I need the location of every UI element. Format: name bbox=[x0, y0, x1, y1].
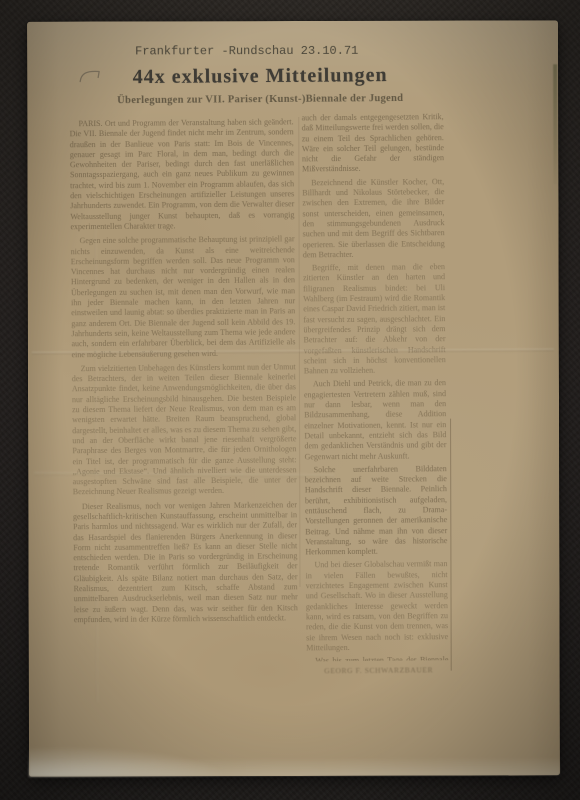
paper-edge-right bbox=[553, 64, 557, 184]
body-paragraph: Begriffe, mit denen man die eben zitiert… bbox=[303, 262, 446, 377]
article-header: 44x exklusive Mitteilungen Überlegungen … bbox=[71, 64, 449, 107]
body-paragraph: Dieser Realismus, noch vor wenigen Jahre… bbox=[73, 500, 298, 626]
body-paragraph: Auch Diehl und Petrick, die man zu den e… bbox=[304, 379, 447, 463]
byline: GEORG F. SCHWARZBAUER bbox=[305, 665, 453, 675]
paper-curl-bottom-left bbox=[29, 742, 249, 777]
headline: 44x exklusive Mitteilungen bbox=[71, 64, 449, 90]
body-paragraph: Was bis zum letzten Tage der Biennale of… bbox=[306, 655, 448, 661]
date-stamp: Frankfurter -Rundschau 23.10.71 bbox=[135, 44, 415, 59]
body-paragraph: Solche unerfahrbaren Bilddaten bezeichne… bbox=[305, 464, 448, 558]
subtitle: Überlegungen zur VII. Pariser (Kunst-)Bi… bbox=[71, 93, 449, 107]
right-column-rule bbox=[450, 419, 452, 671]
body-paragraph: Und bei dieser Globalschau vermißt man i… bbox=[305, 560, 448, 654]
article-column-right: auch der damals entgegengesetzten Kritik… bbox=[302, 112, 449, 661]
body-paragraph: auch der damals entgegengesetzten Kritik… bbox=[302, 112, 445, 175]
body-paragraph: Bezeichnend die Künstler Kocher, Ott, Bi… bbox=[302, 177, 445, 261]
body-paragraph: Zum vielzitierten Unbehagen des Künstler… bbox=[72, 362, 297, 498]
article-column-left: PARIS. Ort und Programm der Veranstaltun… bbox=[70, 117, 299, 691]
body-paragraph: PARIS. Ort und Programm der Veranstaltun… bbox=[70, 117, 295, 232]
newspaper-clipping: Frankfurter -Rundschau 23.10.71 44x exkl… bbox=[27, 20, 560, 776]
photo-background: Frankfurter -Rundschau 23.10.71 44x exkl… bbox=[0, 0, 580, 800]
body-paragraph: Gegen eine solche programmatische Behaup… bbox=[71, 235, 296, 361]
